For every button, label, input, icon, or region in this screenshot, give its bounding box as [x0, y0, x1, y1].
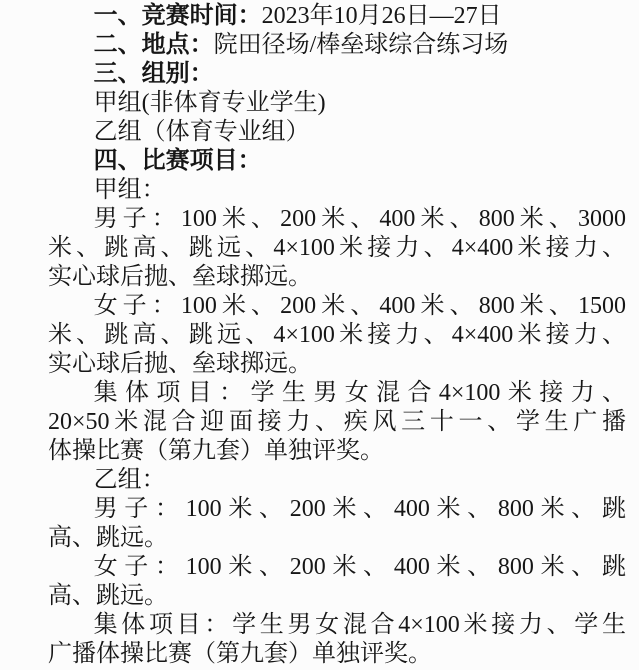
text-segment: 米、跳高、跳远、4×100米接力、4×400米接力、 [48, 235, 626, 261]
text-segment: 广播体操比赛（第九套）单独评奖。 [48, 641, 432, 667]
text-line: 实心球后抛、垒球掷远。 [48, 263, 626, 292]
text-line: 广播体操比赛（第九套）单独评奖。 [48, 640, 626, 669]
text-segment: 乙组： [94, 467, 166, 493]
text-line: 男子：100米、200米、400米、800米、3000 [48, 205, 626, 234]
text-segment: 乙组（体育专业组） [94, 119, 310, 145]
text-segment: 院田径场/棒垒球综合练习场 [214, 32, 509, 58]
text-line: 体操比赛（第九套）单独评奖。 [48, 437, 626, 466]
text-segment: 甲组： [94, 177, 166, 203]
text-line: 四、比赛项目： [48, 147, 626, 176]
heading-segment: 一、竞赛时间： [94, 3, 262, 29]
text-segment: 高、跳远。 [48, 525, 168, 551]
text-line: 二、地点：院田径场/棒垒球综合练习场 [48, 31, 626, 60]
text-line: 乙组（体育专业组） [48, 118, 626, 147]
text-segment: 男子：100米、200米、400米、800米、跳 [94, 496, 626, 522]
text-segment: 女子：100米、200米、400米、800米、跳 [94, 554, 626, 580]
text-line: 集体项目：学生男女混合4×100米接力、学生 [48, 611, 626, 640]
text-line: 高、跳远。 [48, 582, 626, 611]
heading-segment: 四、比赛项目： [94, 148, 262, 174]
text-line: 高、跳远。 [48, 524, 626, 553]
document-lines: 一、竞赛时间：2023年10月26日—27日二、地点：院田径场/棒垒球综合练习场… [48, 2, 626, 669]
text-segment: 女子：100米、200米、400米、800米、1500 [94, 293, 626, 319]
text-line: 集体项目：学生男女混合4×100米接力、 [48, 379, 626, 408]
text-line: 20×50米混合迎面接力、疾风三十一、学生广播 [48, 408, 626, 437]
text-line: 男子：100米、200米、400米、800米、跳 [48, 495, 626, 524]
text-segment: 男子：100米、200米、400米、800米、3000 [94, 206, 626, 232]
text-line: 米、跳高、跳远、4×100米接力、4×400米接力、 [48, 321, 626, 350]
text-line: 女子：100米、200米、400米、800米、1500 [48, 292, 626, 321]
text-segment: 2023年10月26日—27日 [262, 3, 502, 29]
text-segment: 高、跳远。 [48, 583, 168, 609]
text-line: 乙组： [48, 466, 626, 495]
text-line: 甲组(非体育专业学生) [48, 89, 626, 118]
text-line: 米、跳高、跳远、4×100米接力、4×400米接力、 [48, 234, 626, 263]
text-segment: 实心球后抛、垒球掷远。 [48, 351, 312, 377]
competition-notice-document: 一、竞赛时间：2023年10月26日—27日二、地点：院田径场/棒垒球综合练习场… [0, 0, 639, 670]
text-line: 一、竞赛时间：2023年10月26日—27日 [48, 2, 626, 31]
text-segment: 体操比赛（第九套）单独评奖。 [48, 438, 384, 464]
text-segment: 集体项目：学生男女混合4×100米接力、 [94, 380, 626, 406]
text-segment: 实心球后抛、垒球掷远。 [48, 264, 312, 290]
text-segment: 集体项目：学生男女混合4×100米接力、学生 [94, 612, 626, 638]
text-line: 甲组： [48, 176, 626, 205]
text-segment: 甲组(非体育专业学生) [94, 90, 326, 116]
text-line: 实心球后抛、垒球掷远。 [48, 350, 626, 379]
heading-segment: 三、组别： [94, 61, 214, 87]
heading-segment: 二、地点： [94, 32, 214, 58]
text-line: 三、组别： [48, 60, 626, 89]
text-line: 女子：100米、200米、400米、800米、跳 [48, 553, 626, 582]
text-segment: 20×50米混合迎面接力、疾风三十一、学生广播 [48, 409, 626, 435]
text-segment: 米、跳高、跳远、4×100米接力、4×400米接力、 [48, 322, 626, 348]
